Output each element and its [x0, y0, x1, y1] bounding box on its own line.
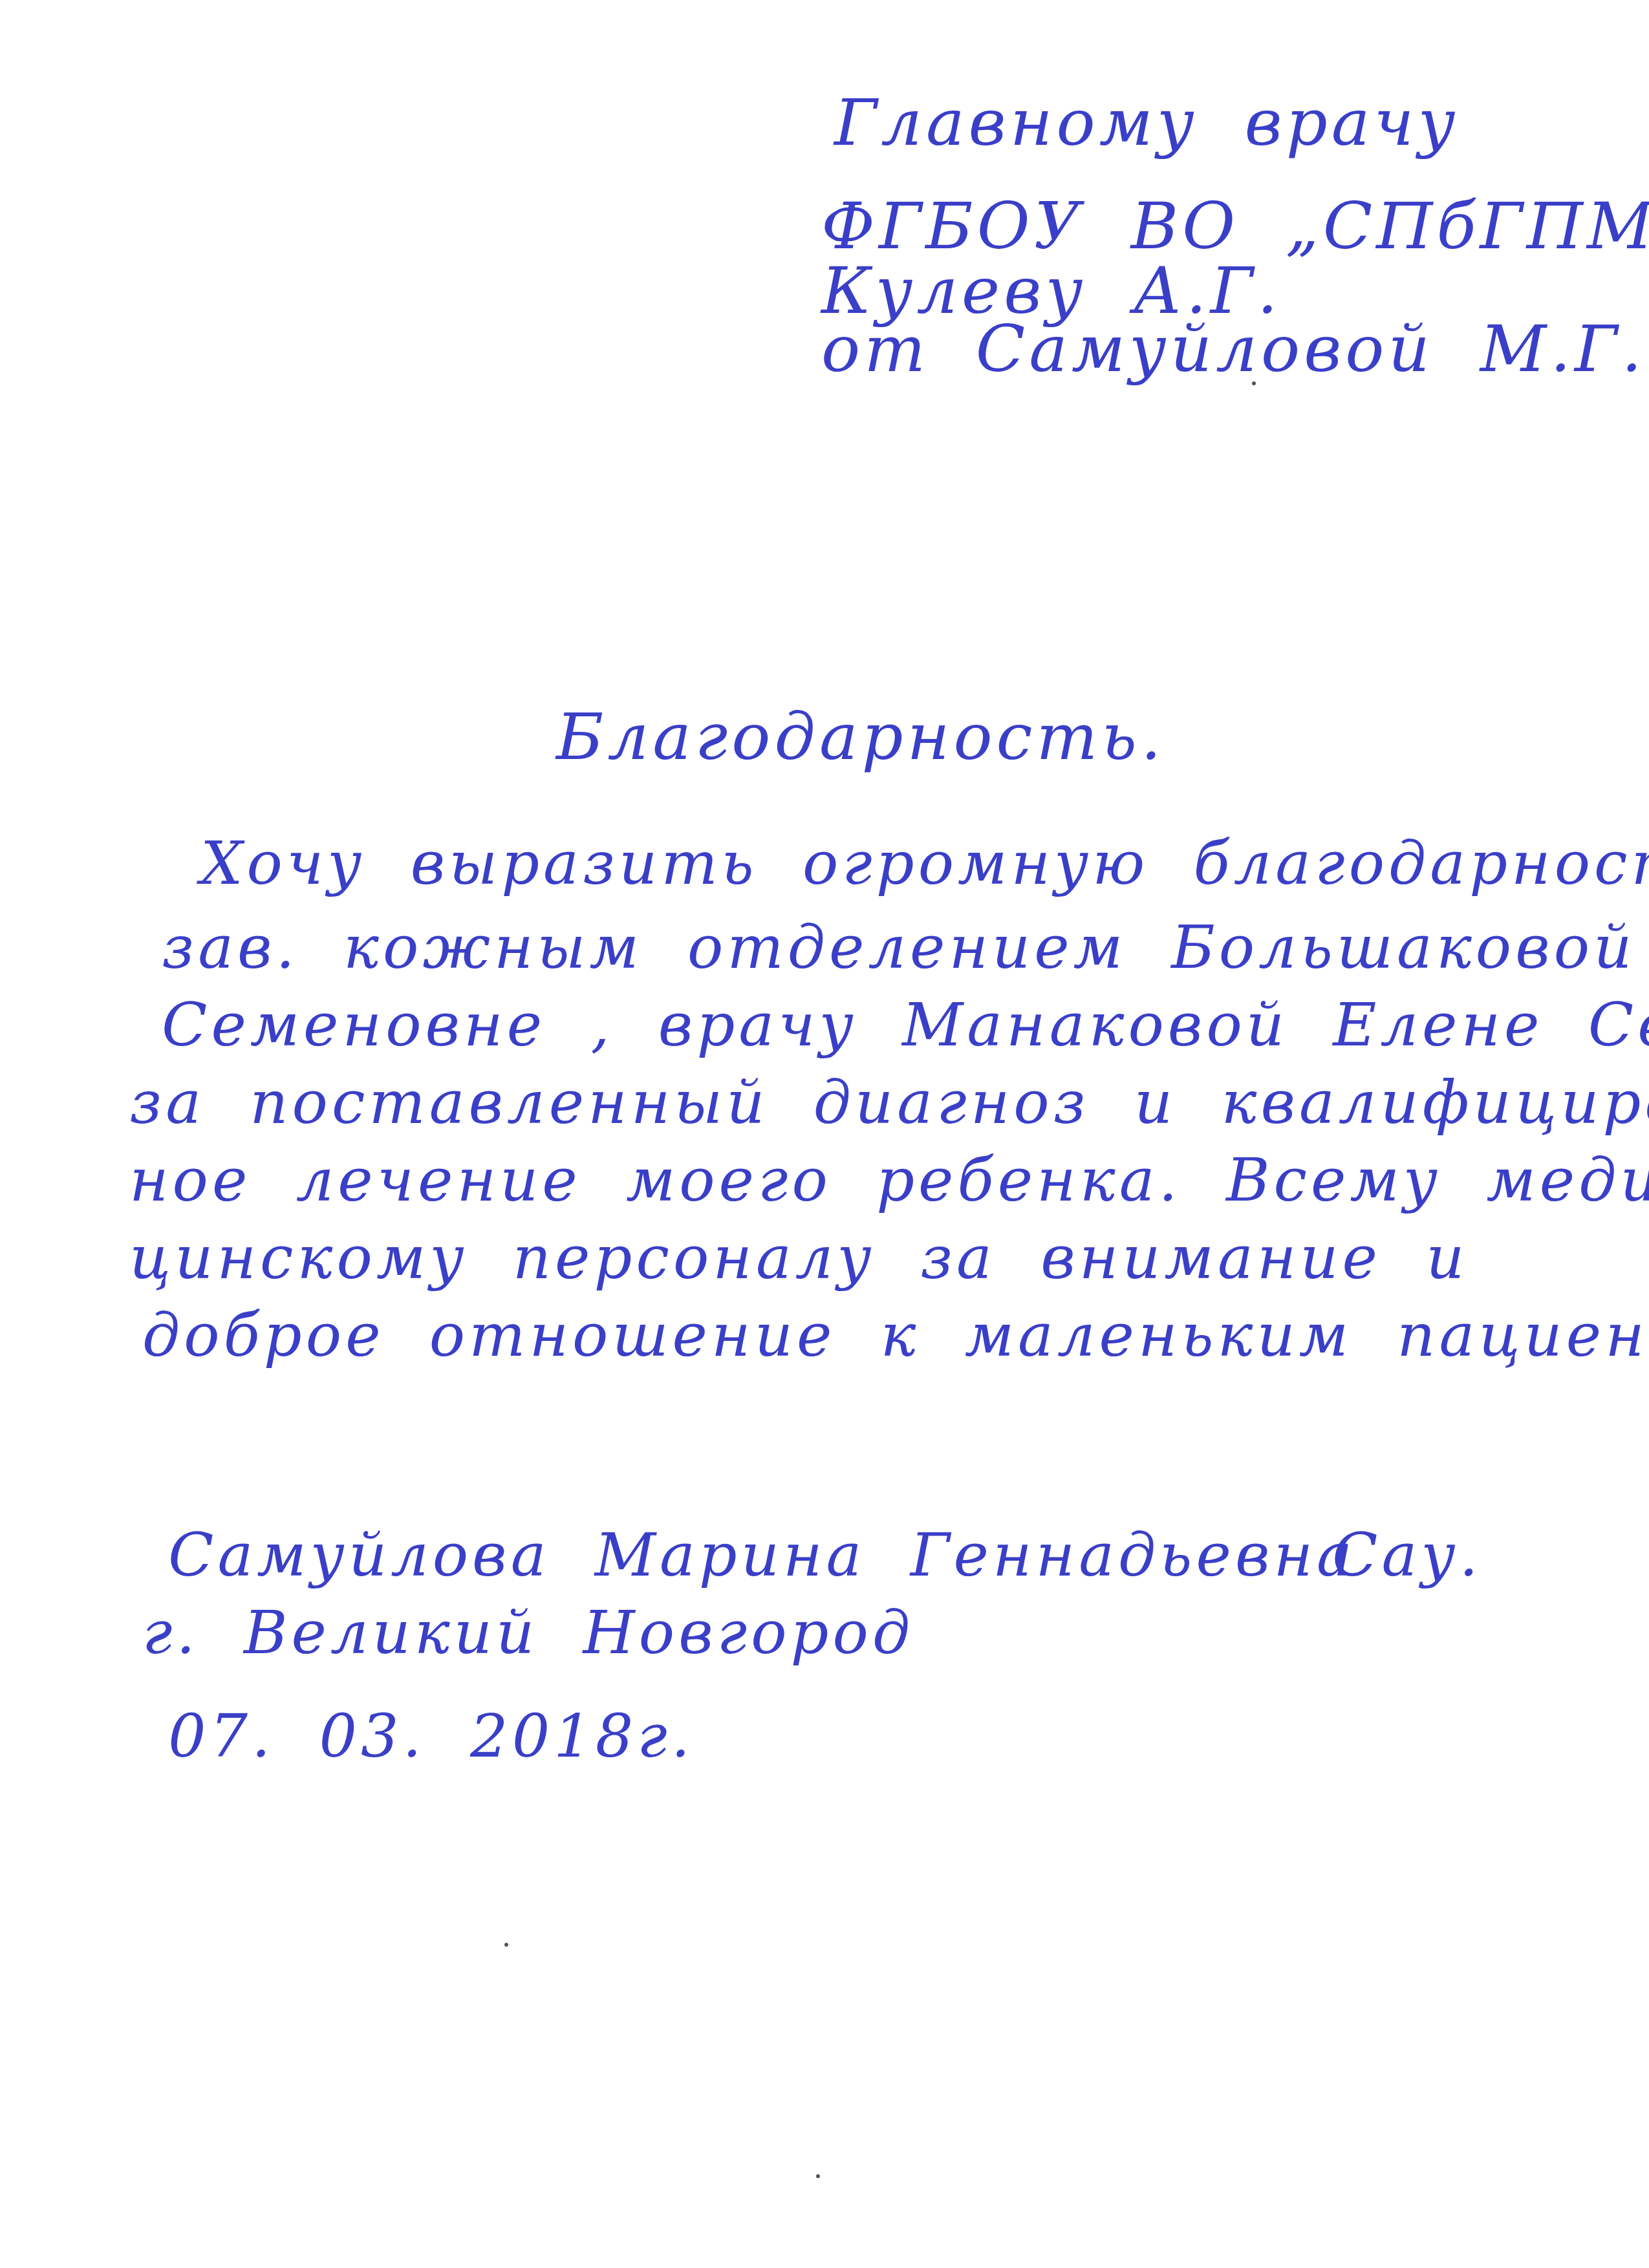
signature-mark: Сау.	[1332, 1526, 1482, 1585]
body-line-5: ное лечение моего ребенка. Всему меди-	[129, 1151, 1649, 1210]
signer-name: Самуйлова Марина Геннадьевна	[168, 1526, 1356, 1585]
addressee-line-1: Главному врачу	[834, 91, 1460, 155]
body-line-6: цинскому персоналу за внимание и	[129, 1228, 1469, 1288]
body-line-1: Хочу выразить огромную благодарность	[200, 834, 1649, 893]
body-line-3: Семеновне , врачу Манаковой Елене Сергее…	[162, 996, 1649, 1055]
signer-city: г. Великий Новгород	[142, 1603, 914, 1663]
scan-speck	[504, 1943, 508, 1947]
addressee-line-2: ФГБОУ ВО „СПбГПМУ"	[821, 194, 1649, 259]
body-line-2: зав. кожным отделением Большаковой Елене	[162, 918, 1649, 978]
letter-title: Благодарность.	[556, 705, 1165, 769]
body-line-7: доброе отношение к маленьким пациентам.	[142, 1306, 1649, 1365]
letter-date: 07. 03. 2018г.	[168, 1707, 694, 1766]
scan-speck	[816, 2174, 820, 2178]
scan-speck	[1252, 381, 1256, 385]
addressee-line-4: от Самуйловой М.Г.	[821, 317, 1646, 381]
body-line-4: за поставленный диагноз и квалифицирован…	[129, 1073, 1649, 1133]
